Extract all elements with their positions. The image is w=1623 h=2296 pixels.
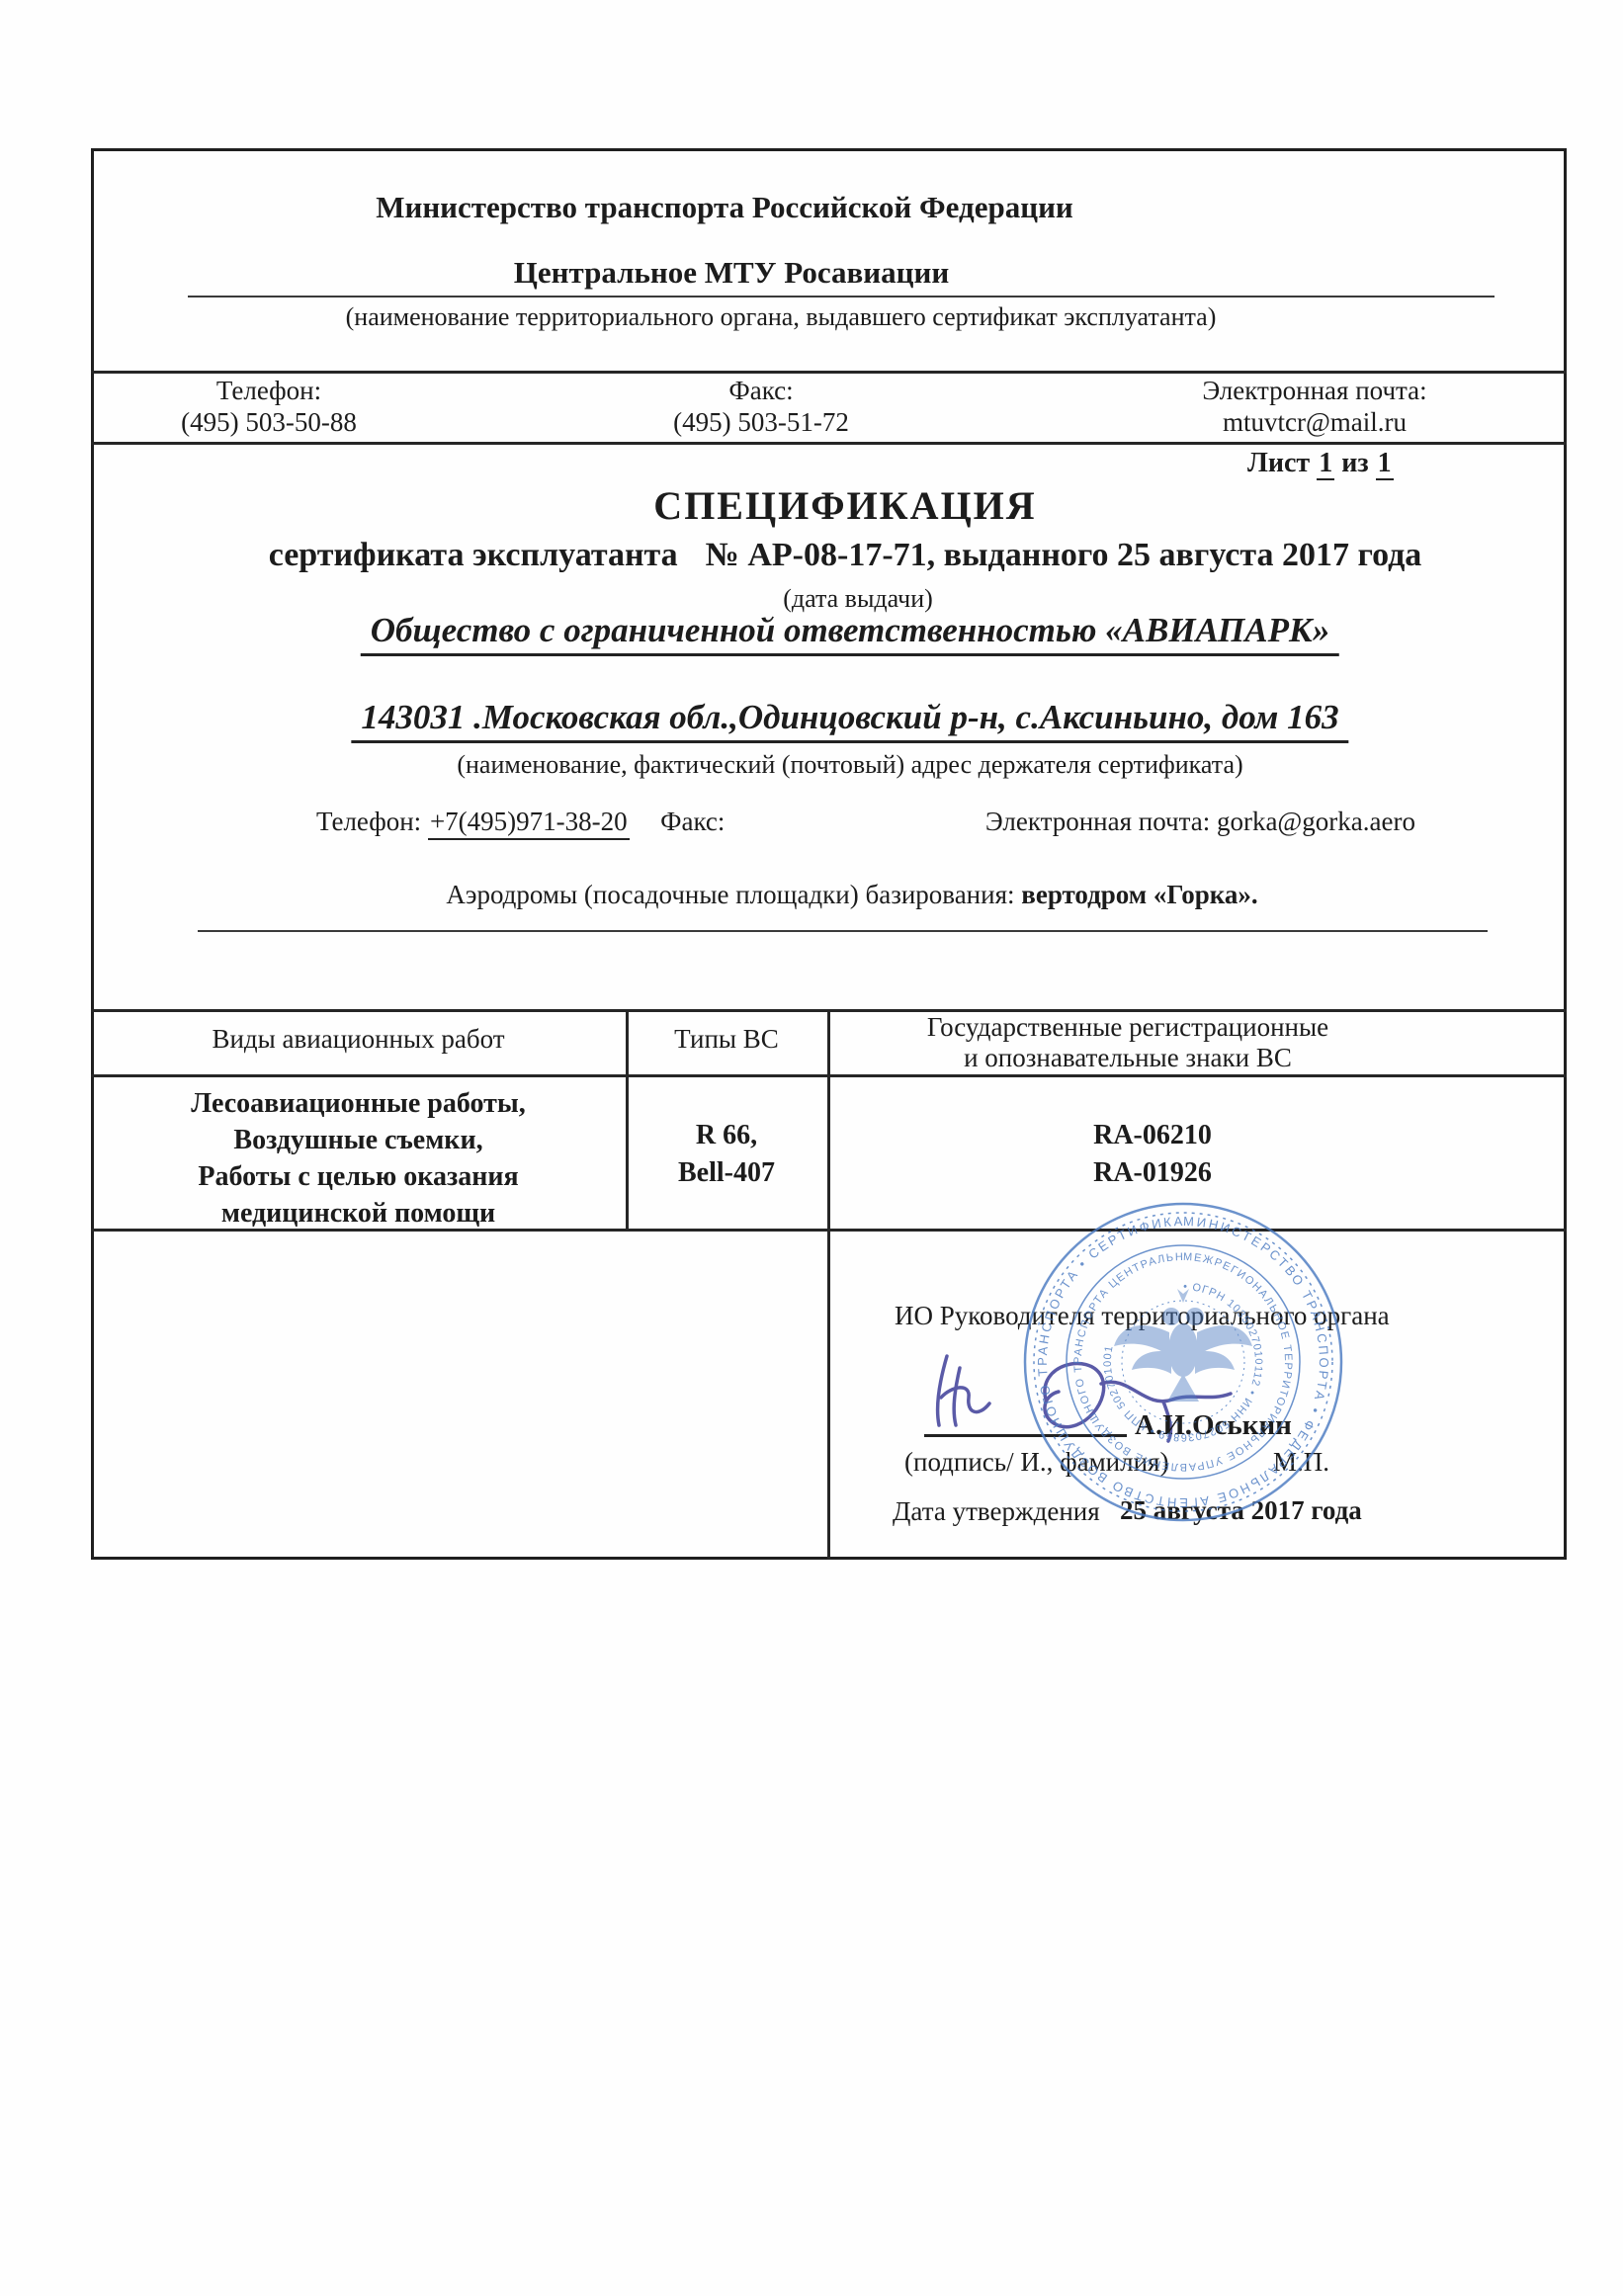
holder-caption: (наименование, фактический (почтовый) ад… <box>457 750 1242 780</box>
sheet-separator: из <box>1341 448 1368 478</box>
registration-mark-line: RA-06210 <box>827 1117 1478 1154</box>
official-round-stamp: МИНИСТЕРСТВО ТРАНСПОРТА • ФЕДЕРАЛЬНОЕ АГ… <box>1013 1192 1353 1532</box>
sheet-total: 1 <box>1376 448 1394 480</box>
sheet-label: Лист <box>1247 448 1310 478</box>
org-fax-label: Факс: <box>728 376 793 406</box>
certificate-subtitle-number: № АР-08-17-71, выданного 25 августа 2017… <box>706 537 1422 573</box>
work-type-line: Воздушные съемки, <box>91 1122 626 1158</box>
ministry-title: Министерство транспорта Российской Федер… <box>376 190 1073 225</box>
table-header-work-types: Виды авиационных работ <box>91 1024 626 1055</box>
work-type-line: Лесоавиационные работы, <box>91 1085 626 1122</box>
scanned-certificate-page: Министерство транспорта Российской Федер… <box>0 0 1623 2296</box>
issue-date-caption: (дата выдачи) <box>783 584 933 614</box>
table-header-registration-line1: Государственные регистрационные <box>827 1012 1428 1043</box>
org-email-label: Электронная почта: <box>1202 376 1426 406</box>
base-aerodromes-value: вертодром «Горка». <box>1021 880 1257 909</box>
certificate-subtitle-prefix: сертификата эксплуатанта <box>269 537 678 573</box>
holder-phone-value: +7(495)971-38-20 <box>428 807 630 840</box>
aircraft-type-line: Bell-407 <box>626 1154 827 1192</box>
table-cell-registration-marks: RA-06210 RA-01926 <box>827 1117 1567 1192</box>
territorial-org-underline <box>188 296 1495 298</box>
holder-fax-label: Факс: <box>660 807 725 836</box>
table-header-registration-marks: Государственные регистрационные и опозна… <box>827 1012 1567 1073</box>
page-title: СПЕЦИФИКАЦИЯ <box>653 482 1036 529</box>
holder-contacts-line: Телефон: +7(495)971-38-20 Факс: Электрон… <box>316 807 1415 837</box>
table-divider-col2 <box>827 1009 830 1560</box>
contact-band-top-line <box>91 371 1567 374</box>
base-aerodromes-label: Аэродромы (посадочные площадки) базирова… <box>446 880 1014 909</box>
contact-band-bottom-line <box>91 442 1567 445</box>
table-header-aircraft-types: Типы ВС <box>626 1024 827 1055</box>
holder-email-value: gorka@gorka.aero <box>1217 807 1415 836</box>
holder-section-rule <box>198 930 1488 932</box>
org-phone-value: (495) 503-50-88 <box>181 407 357 438</box>
table-cell-work-types: Лесоавиационные работы, Воздушные съемки… <box>91 1085 626 1232</box>
sheet-counter: Лист 1 из 1 <box>1247 448 1394 479</box>
holder-name: Общество с ограниченной ответственностью… <box>361 611 1339 656</box>
work-type-line: Работы с целью оказания <box>91 1158 626 1195</box>
table-cell-aircraft-types: R 66, Bell-407 <box>626 1117 827 1192</box>
sheet-current: 1 <box>1317 448 1334 480</box>
certificate-subtitle: сертификата эксплуатанта№ АР-08-17-71, в… <box>269 537 1422 574</box>
registration-mark-line: RA-01926 <box>827 1154 1478 1192</box>
org-fax-value: (495) 503-51-72 <box>673 407 849 438</box>
holder-email-label: Электронная почта: <box>985 807 1210 836</box>
org-email-value: mtuvtcr@mail.ru <box>1223 407 1407 438</box>
holder-address: 143031 .Московская обл.,Одинцовский р-н,… <box>351 698 1348 743</box>
holder-phone-label: Телефон: <box>316 807 421 836</box>
aircraft-type-line: R 66, <box>626 1117 827 1154</box>
base-aerodromes-line: Аэродромы (посадочные площадки) базирова… <box>446 880 1257 910</box>
territorial-org-caption: (наименование территориального органа, в… <box>346 302 1217 332</box>
org-phone-label: Телефон: <box>216 376 321 406</box>
territorial-org-name: Центральное МТУ Росавиации <box>514 255 949 291</box>
work-type-line: медицинской помощи <box>91 1195 626 1232</box>
table-header-registration-line2: и опознавательные знаки ВС <box>827 1043 1428 1073</box>
